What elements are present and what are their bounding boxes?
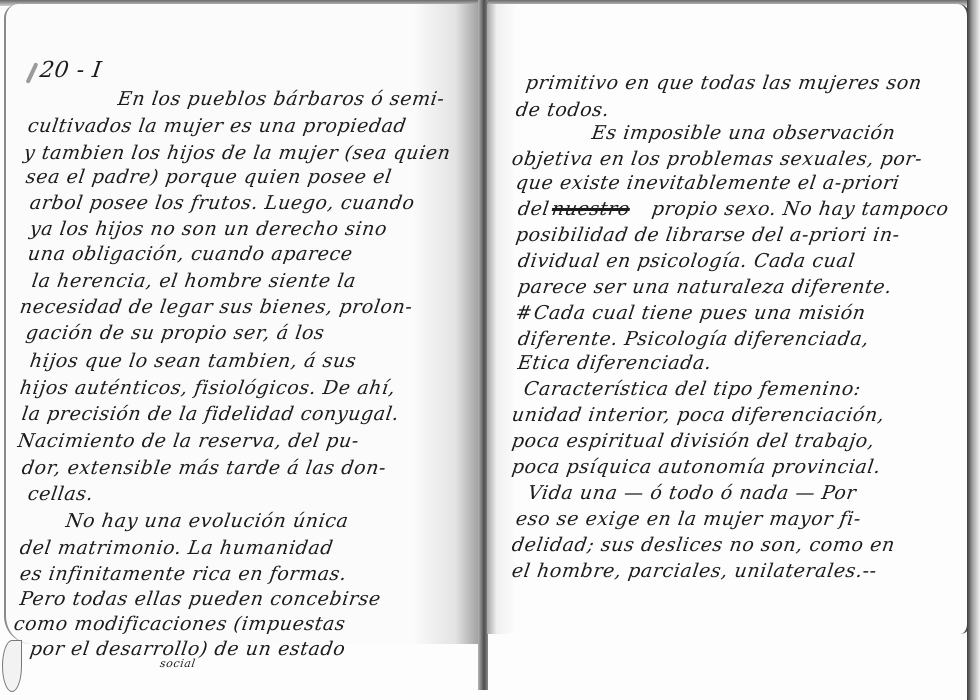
- notebook-scan: 20 - I En los pueblos bárbaros ó semi- c…: [0, 0, 980, 700]
- text-line: y tambien los hijos de la mujer (sea qui…: [22, 142, 452, 164]
- text-line: Vida una — ó todo ó nada — Por: [526, 482, 857, 504]
- text-line: parece ser una naturaleza diferente.: [516, 276, 893, 298]
- text-line: poca espiritual división del trabajo,: [510, 430, 876, 452]
- text-line: unidad interior, poca diferenciación,: [510, 404, 886, 426]
- text-line: es infinitamente rica en formas.: [18, 563, 348, 585]
- text-line: cultivados la mujer es una propiedad: [26, 115, 407, 137]
- text-line: En los pueblos bárbaros ó semi-: [116, 88, 446, 110]
- text-line: hijos que lo sean tambien, á sus: [28, 350, 357, 372]
- text-line: propio sexo. No hay tampoco: [650, 198, 950, 220]
- text-line: hijos auténticos, fisiológicos. De ahí,: [18, 377, 396, 399]
- text-line: el hombre, parciales, unilaterales.--: [510, 560, 878, 582]
- text-line: una obligación, cuando aparece: [26, 243, 354, 265]
- text-line: Cada cual tiene pues una misión: [532, 302, 867, 324]
- text-line: diferente. Psicología diferenciada,: [516, 328, 870, 350]
- text-line: ya los hijos no son un derecho sino: [28, 218, 388, 240]
- right-page-edge: [967, 0, 980, 700]
- text-line: poca psíquica autonomía provincial.: [510, 456, 882, 478]
- text-line: la herencia, el hombre siente la: [30, 270, 357, 292]
- page-heading: 20 - I: [38, 58, 103, 83]
- text-line: No hay una evolución única: [64, 510, 350, 532]
- text-line: Nacimiento de la reserva, del pu-: [16, 430, 360, 452]
- text-line: arbol posee los frutos. Luego, cuando: [28, 192, 416, 214]
- text-line: delidad; sus deslices no son, como en: [510, 534, 896, 556]
- text-line: gación de su propio ser, á los: [24, 322, 326, 344]
- text-line: como modificaciones (impuestas: [12, 613, 346, 635]
- text-line: la precisión de la fidelidad conyugal.: [20, 403, 400, 425]
- text-line: objetiva en los problemas sexuales, por-: [510, 148, 923, 170]
- text-line: primitivo en que todas las mujeres son: [524, 72, 923, 94]
- text-line: del: [516, 198, 550, 220]
- text-line: sea el padre) porque quien posee el: [24, 166, 393, 188]
- text-line: dor, extensible más tarde á las don-: [20, 457, 387, 479]
- text-line: Pero todas ellas pueden concebirse: [18, 588, 382, 610]
- page-curl: [2, 640, 22, 692]
- insertion-note: social: [159, 657, 196, 670]
- text-line: dividual en psicología. Cada cual: [516, 250, 856, 272]
- text-line: posibilidad de librarse del a-priori in-: [514, 224, 901, 246]
- text-line: Es imposible una observación: [590, 122, 897, 144]
- text-line: eso se exige en la mujer mayor fi-: [514, 508, 862, 530]
- text-line: Etica diferenciada.: [516, 352, 713, 374]
- text-line: Característica del tipo femenino:: [522, 378, 862, 400]
- text-line: que existe inevitablemente el a-priori: [514, 172, 901, 194]
- struck-word: nuestro: [550, 198, 631, 220]
- text-line: de todos.: [514, 99, 610, 121]
- text-line: del matrimonio. La humanidad: [18, 537, 334, 559]
- text-line: cellas.: [26, 483, 94, 505]
- text-line: necesidad de legar sus bienes, prolon-: [18, 296, 414, 318]
- margin-mark: #: [514, 302, 534, 324]
